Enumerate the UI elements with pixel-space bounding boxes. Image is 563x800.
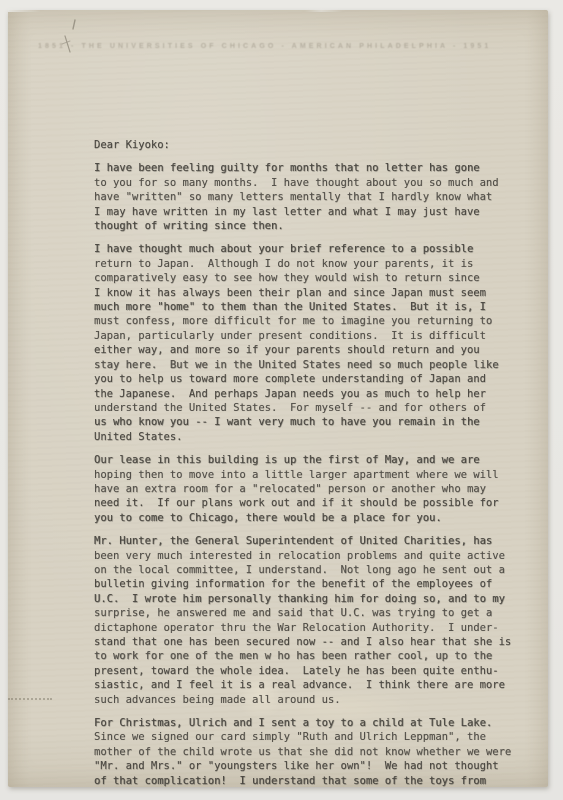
letter-paragraph: For Christmas, Ulrich and I sent a toy t…: [94, 716, 534, 788]
letter-paragraph: Our lease in this building is up the fir…: [94, 453, 534, 525]
letter-line: I know it has always been their plan and…: [94, 286, 534, 300]
letter-line: been very much interested in relocation …: [94, 549, 534, 563]
letter-line: the Japanese. And perhaps Japan needs yo…: [94, 387, 534, 401]
letter-line: you to come to Chicago, there would be a…: [94, 511, 534, 525]
letter-page: 1851 - THE UNIVERSITIES OF CHICAGO - AME…: [8, 10, 548, 787]
salutation: Dear Kiyoko:: [94, 138, 534, 152]
letter-line: to you for so many months. I have though…: [94, 176, 534, 190]
letter-line: I may have written in my last letter and…: [94, 205, 534, 219]
faint-letterhead-text: 1851 - THE UNIVERSITIES OF CHICAGO - AME…: [38, 43, 538, 50]
letter-line: mother of the child wrote us that she di…: [94, 745, 534, 759]
letter-line: bulletin giving information for the bene…: [94, 577, 534, 591]
pencil-mark-icon: [56, 14, 86, 62]
letter-line: you to help us toward more complete unde…: [94, 372, 534, 386]
letter-line: Mr. Hunter, the General Superintendent o…: [94, 534, 534, 548]
letter-line: For Christmas, Ulrich and I sent a toy t…: [94, 716, 534, 730]
letter-body: Dear Kiyoko: I have been feeling guilty …: [94, 138, 534, 797]
letter-line: hoping then to move into a little larger…: [94, 468, 534, 482]
letter-line: have an extra room for a "relocated" per…: [94, 482, 534, 496]
letter-line: either way, and more so if your parents …: [94, 343, 534, 357]
letter-line: siastic, and I feel it is a real advance…: [94, 678, 534, 692]
letter-line: must confess, more difficult for me to i…: [94, 314, 534, 328]
letter-line: on the local committee, I understand. No…: [94, 563, 534, 577]
faint-dotted-marks: [8, 698, 52, 700]
letter-line: "Mr. and Mrs." or "youngsters like her o…: [94, 759, 534, 773]
letter-line: Since we signed our card simply "Ruth an…: [94, 730, 534, 744]
letter-line: stand that one has been secured now -- a…: [94, 635, 534, 649]
letter-line: stay here. But we in the United States n…: [94, 358, 534, 372]
letter-paragraph: I have thought much about your brief ref…: [94, 242, 534, 444]
letter-line: Japan, particularly under present condit…: [94, 329, 534, 343]
letter-line: surprise, he answered me and said that U…: [94, 606, 534, 620]
letter-line: us who know you -- I want very much to h…: [94, 415, 534, 429]
letter-line: thought of writing since then.: [94, 219, 534, 233]
letter-paragraphs: I have been feeling guilty for months th…: [94, 161, 534, 788]
letter-line: much more "home" to them than the United…: [94, 300, 534, 314]
letter-line: I have thought much about your brief ref…: [94, 242, 534, 256]
letter-line: such advances being made all around us.: [94, 693, 534, 707]
letter-line: have "written" so many letters mentally …: [94, 190, 534, 204]
paper-torn-edge: [8, 8, 548, 12]
letter-line: dictaphone operator thru the War Relocat…: [94, 621, 534, 635]
letter-line: United States.: [94, 430, 534, 444]
letter-line: to work for one of the men w ho has been…: [94, 649, 534, 663]
letter-paragraph: I have been feeling guilty for months th…: [94, 161, 534, 233]
letter-line: comparatively easy to see how they would…: [94, 271, 534, 285]
letter-line: return to Japan. Although I do not know …: [94, 257, 534, 271]
scanned-letter-photo: 1851 - THE UNIVERSITIES OF CHICAGO - AME…: [0, 0, 563, 800]
letter-line: I have been feeling guilty for months th…: [94, 161, 534, 175]
letter-line: Our lease in this building is up the fir…: [94, 453, 534, 467]
letter-line: need it. If our plans work out and if it…: [94, 496, 534, 510]
letter-line: of that complication! I understand that …: [94, 774, 534, 788]
letter-line: U.C. I wrote him personally thanking him…: [94, 592, 534, 606]
letter-line: present, toward the whole idea. Lately h…: [94, 664, 534, 678]
letter-paragraph: Mr. Hunter, the General Superintendent o…: [94, 534, 534, 707]
letter-line: understand the United States. For myself…: [94, 401, 534, 415]
